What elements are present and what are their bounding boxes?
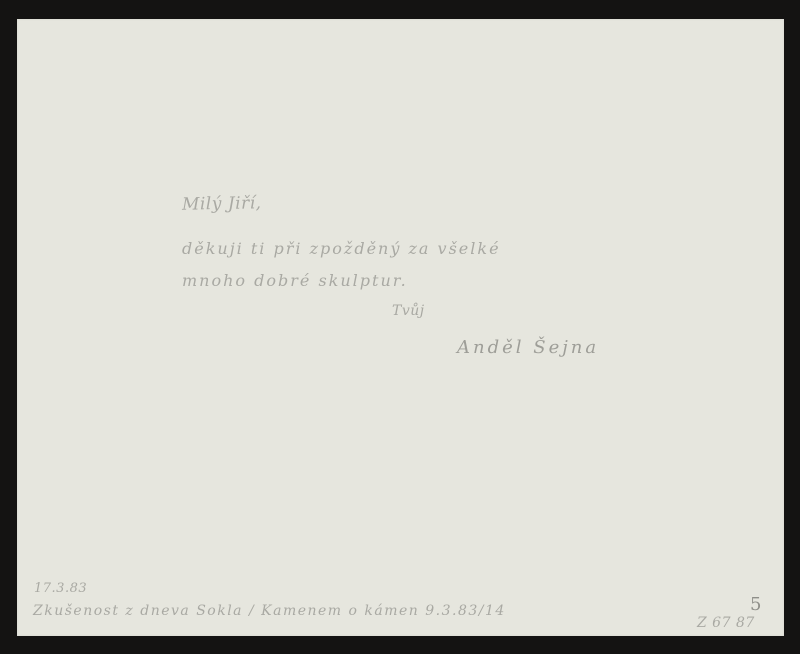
note-signature: Anděl Šejna: [457, 337, 599, 358]
note-body-line-2: mnoho dobré skulptur.: [182, 271, 408, 290]
note-closing: Tvůj: [392, 303, 425, 319]
inventory-number: Z 67 87: [697, 615, 755, 631]
note-body-line-1: děkuji ti při zpožděný za všelké: [182, 239, 501, 258]
archive-caption: Zkušenost z dneva Sokla / Kamenem o káme…: [33, 603, 506, 619]
page-number: 5: [750, 594, 762, 615]
note-salutation: Milý Jiří,: [182, 193, 262, 214]
archive-date: 17.3.83: [34, 581, 87, 596]
paper-card: Milý Jiří, děkuji ti při zpožděný za vše…: [17, 19, 784, 636]
